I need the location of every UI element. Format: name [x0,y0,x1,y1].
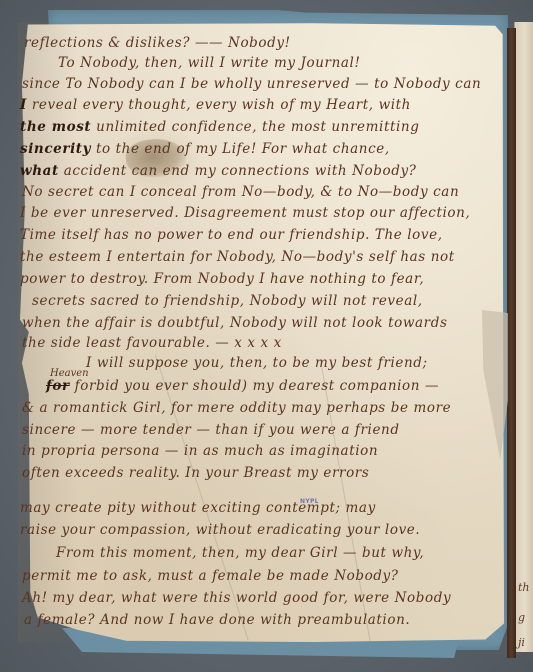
manuscript-line: Ah! my dear, what were this world good f… [22,590,451,606]
line-text: may create pity without exciting contemp… [20,500,376,516]
line-text: power to destroy. From Nobody I have not… [20,271,424,287]
manuscript-line: a female? And now I have done with pream… [24,612,410,628]
manuscript-line: permit me to ask, must a female be made … [22,568,399,584]
manuscript-line: reflections & dislikes? —— Nobody! [24,35,291,51]
line-text: No secret can I conceal from No—body, & … [22,184,459,200]
manuscript-line: power to destroy. From Nobody I have not… [20,271,424,287]
line-text: Ah! my dear, what were this world good f… [22,590,451,606]
library-stamp: NYPL [300,498,319,505]
adjacent-page-fragment: ji [518,637,525,648]
manuscript-line: the most unlimited confidence, the most … [20,119,419,135]
adjacent-pages-edge: th g ji [514,22,533,652]
manuscript-line: when the affair is doubtful, Nobody will… [22,315,447,331]
line-text: To Nobody can I be wholly unreserved — t… [65,76,481,92]
line-text: the side least favourable. — x x x x [22,335,282,351]
line-text: & a romantick Girl, for mere oddity may … [22,400,451,416]
line-text: raise your compassion, without eradicati… [20,522,420,538]
line-text: a female? And now I have done with pream… [24,612,410,628]
margin-word: I [20,97,27,113]
manuscript-line: No secret can I conceal from No—body, & … [22,184,459,200]
margin-word: sincerity [20,141,91,157]
manuscript-line: often exceeds reality. In your Breast my… [22,465,369,481]
manuscript-line: To Nobody, then, will I write my Journal… [58,55,360,71]
struck-word: for [46,378,70,394]
adjacent-page-fragment: th [518,582,530,593]
manuscript-line: since To Nobody can I be wholly unreserv… [22,76,481,92]
manuscript-line: what accident can end my connections wit… [20,163,417,179]
line-text: accident can end my connections with Nob… [64,163,417,179]
line-text: often exceeds reality. In your Breast my… [22,465,369,481]
line-text: when the affair is doubtful, Nobody will… [22,315,447,331]
line-text: To Nobody, then, will I write my Journal… [58,55,360,71]
manuscript-line: secrets sacred to friendship, Nobody wil… [32,293,423,309]
margin-word: the most [20,119,91,135]
line-text: in propria persona — in as much as imagi… [22,443,378,459]
line-text: Time itself has no power to end our frie… [20,227,443,243]
manuscript-line: may create pity without exciting contemp… [20,500,376,516]
manuscript-line: sincerity to the end of my Life! For wha… [20,141,390,157]
margin-word: what [20,163,59,179]
manuscript-line: From this moment, then, my dear Girl — b… [56,545,424,561]
line-text: I will suppose you, then, to be my best … [86,355,428,371]
line-text: I be ever unreserved. Disagreement must … [20,205,470,221]
line-text: to the end of my Life! For what chance, [96,141,390,157]
line-text: esteem I entertain for Nobody, No—body's… [49,249,455,265]
manuscript-line: for forbid you ever should) my dearest c… [46,378,439,394]
manuscript-line: raise your compassion, without eradicati… [20,522,420,538]
binding-spine [507,28,516,658]
manuscript-line: I reveal every thought, every wish of my… [20,97,411,113]
manuscript-line: sincere — more tender — than if you were… [22,422,400,438]
manuscript-line: the side least favourable. — x x x x [22,335,282,351]
line-text: reveal every thought, every wish of my H… [32,97,411,113]
manuscript-line: & a romantick Girl, for mere oddity may … [22,400,451,416]
manuscript-line: Time itself has no power to end our frie… [20,227,443,243]
adjacent-page-fragment: g [518,612,525,623]
margin-word: since [22,76,61,92]
line-text: From this moment, then, my dear Girl — b… [56,545,424,561]
margin-word: the [20,249,44,265]
line-text: permit me to ask, must a female be made … [22,568,399,584]
manuscript-line: the esteem I entertain for Nobody, No—bo… [20,249,455,265]
line-text: secrets sacred to friendship, Nobody wil… [32,293,423,309]
line-text: reflections & dislikes? —— Nobody! [24,35,291,51]
line-text: forbid you ever should) my dearest compa… [75,378,439,394]
line-text: sincere — more tender — than if you were… [22,422,400,438]
manuscript-line: I be ever unreserved. Disagreement must … [20,205,470,221]
manuscript-line: in propria persona — in as much as imagi… [22,443,378,459]
line-text: unlimited confidence, the most unremitti… [96,119,419,135]
manuscript-line: I will suppose you, then, to be my best … [86,355,428,371]
